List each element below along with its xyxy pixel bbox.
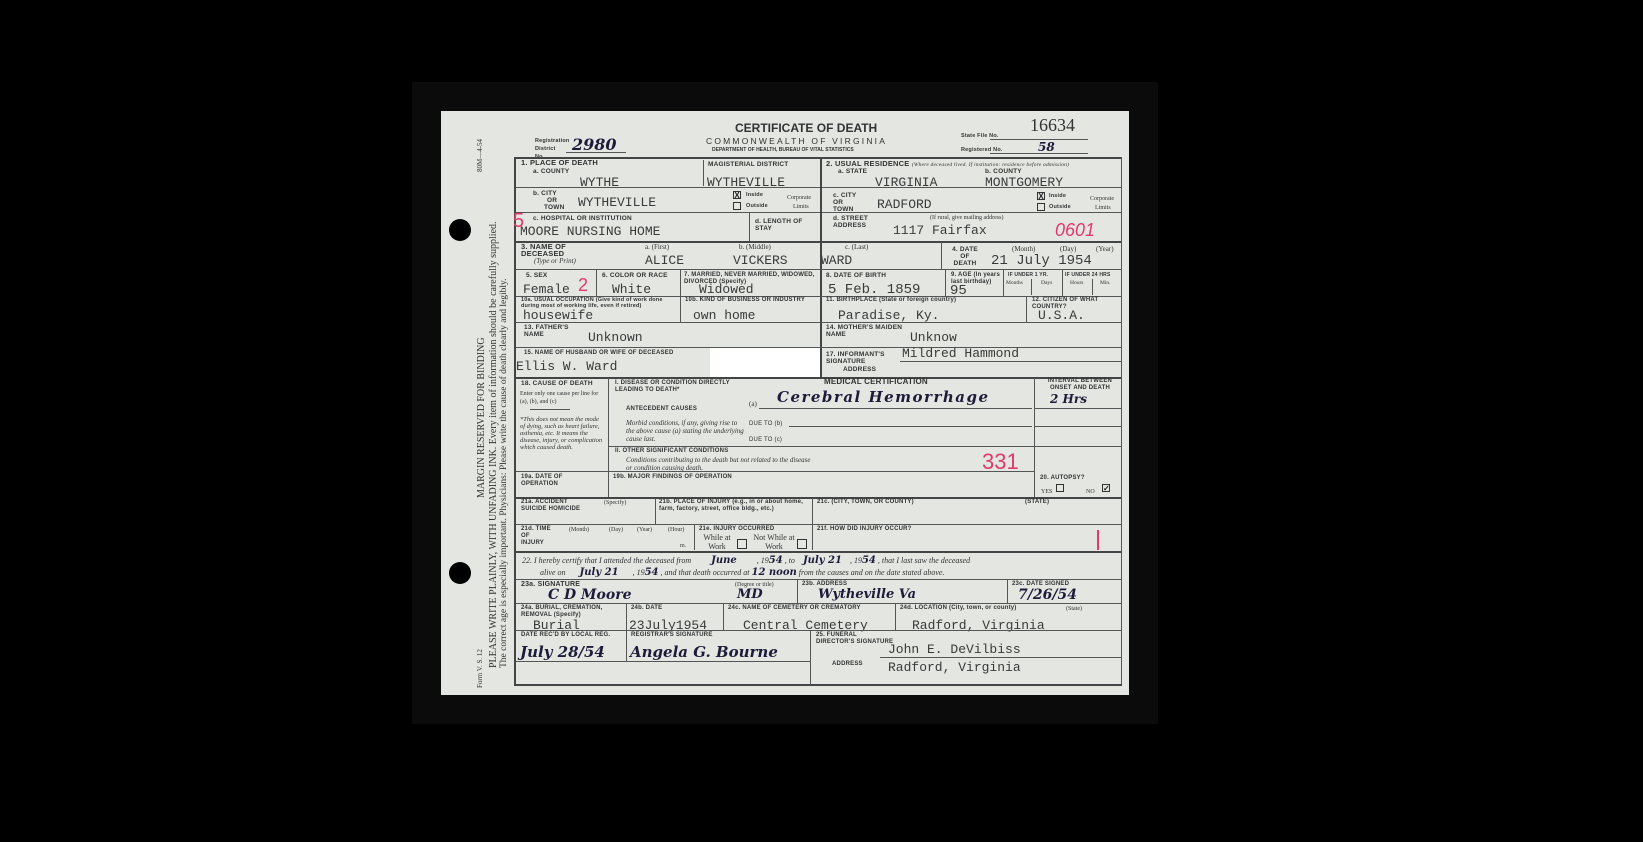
res-outside-label: Outside: [1049, 204, 1071, 211]
street-label: d. STREET ADDRESS: [833, 215, 871, 229]
autopsy-label: 20. AUTOPSY?: [1040, 475, 1085, 482]
divider: [626, 604, 627, 630]
autopsy-yes-label: YES: [1041, 488, 1052, 496]
rule: [530, 409, 570, 410]
middle-label: b. (Middle): [739, 243, 771, 251]
divider: [1034, 378, 1035, 498]
part1-label: I. DISEASE OR CONDITION DIRECTLY LEADING…: [615, 380, 755, 394]
father-label: 13. FATHER'S NAME: [524, 324, 574, 338]
mother-label: 14. MOTHER'S MAIDEN NAME: [826, 324, 906, 338]
cause-footnote: *This does not mean the mode of dying, s…: [520, 416, 604, 451]
divider: [596, 270, 597, 296]
sex: Female: [523, 283, 570, 297]
divider: [945, 270, 946, 296]
rule: [516, 471, 1034, 472]
cause-a: Cerebral Hemorrhage: [777, 388, 990, 406]
cert-line-1: 22. I hereby certify that I attended the…: [522, 557, 970, 565]
res-county-label: b. COUNTY: [985, 168, 1022, 175]
form-left-rule: [514, 157, 516, 685]
cert-time: 12 noon: [752, 567, 797, 578]
spouse-label: 15. NAME OF HUSBAND OR WIFE OF DECEASED: [524, 350, 673, 357]
divider: [1003, 270, 1004, 296]
divider: [1031, 279, 1032, 295]
usual-residence-title: 2. USUAL RESIDENCE: [826, 159, 909, 168]
rule: [516, 603, 1121, 604]
cert-text-2: , that I last saw the deceased: [878, 556, 970, 565]
race-label: 6. COLOR OR RACE: [602, 272, 668, 279]
cert-to-label: , to: [785, 556, 795, 565]
marital-status: Widowed: [699, 283, 754, 297]
op-findings-label: 19b. MAJOR FINDINGS OF OPERATION: [613, 474, 732, 481]
accident-label: 21a. ACCIDENT SUICIDE HOMICIDE: [521, 499, 581, 513]
rule: [1034, 446, 1121, 447]
injury-hour-label: (Hour): [668, 526, 684, 534]
hours-label: Hours: [1070, 279, 1083, 287]
rule: [1034, 426, 1121, 427]
cert-text-3: , and that death occurred at: [660, 568, 749, 577]
race: White: [612, 283, 651, 297]
city-label-or: OR: [547, 197, 557, 204]
death-city: WYTHEVILLE: [578, 196, 656, 210]
red-mark-2: 2: [578, 275, 588, 296]
rule: [516, 212, 820, 213]
first-label: a. (First): [645, 243, 669, 251]
injury-occurred-label: 21e. INJURY OCCURRED: [699, 526, 774, 533]
form-right-rule: [1121, 157, 1122, 685]
divider: [723, 604, 724, 630]
rule: [566, 152, 626, 153]
divider: [895, 604, 896, 630]
divider: [1062, 270, 1063, 296]
injury-year-label: (Year): [637, 526, 652, 534]
due-to-c-label: DUE TO (c): [749, 437, 782, 444]
street-note: (If rural, give mailing address): [930, 214, 1003, 222]
date-signed: 7/26/54: [1018, 587, 1077, 603]
min-label: Min.: [1100, 279, 1111, 287]
red-mark-line: [1097, 530, 1099, 550]
divider: [797, 580, 798, 603]
months-label: Months: [1006, 279, 1023, 287]
cert-text-1: 22. I hereby certify that I attended the…: [522, 556, 691, 565]
interval-value: 2 Hrs: [1050, 392, 1087, 406]
injury-city-label: 21c. (CITY, TOWN, OR COUNTY): [817, 499, 914, 506]
injury-place-label: 21b. PLACE OF INJURY (e.g., in or about …: [659, 499, 809, 513]
injury-day-label: (Day): [609, 526, 623, 534]
registrar-label: REGISTRAR'S SIGNATURE: [631, 632, 713, 639]
burial-method-label: 24a. BURIAL, CREMATION, REMOVAL (Specify…: [521, 605, 621, 619]
rule: [900, 361, 1121, 362]
divider: [626, 631, 627, 661]
cert-from-year-prefix: , 19: [757, 556, 769, 565]
res-state-label: a. STATE: [838, 168, 867, 175]
cert-to: July 21: [803, 555, 842, 566]
days-label: Days: [1041, 279, 1052, 287]
burial-date-label: 24b. DATE: [631, 605, 662, 612]
rule: [516, 630, 1121, 631]
informant-label: 17. INFORMANT'S SIGNATURE: [826, 351, 896, 365]
funeral-address: Radford, Virginia: [888, 661, 1021, 675]
corporate-label: Corporate: [787, 194, 811, 202]
autopsy-no-checkbox[interactable]: ✓: [1102, 484, 1110, 492]
rule: [516, 322, 1121, 323]
divider: [749, 213, 750, 241]
under-1yr-label: IF UNDER 1 YR.: [1008, 272, 1048, 279]
date-of-death: 21 July 1954: [991, 254, 1092, 268]
middle-name: VICKERS: [733, 254, 788, 268]
binding-hole-bottom: [449, 562, 471, 584]
binding-hole-top: [449, 219, 471, 241]
rule: [516, 661, 810, 662]
street-address: 1117 Fairfax: [893, 224, 987, 238]
injury-m-label: m.: [680, 542, 686, 550]
magisterial-district-label: MAGISTERIAL DISTRICT: [708, 161, 788, 168]
informant-address-label: ADDRESS: [843, 366, 876, 373]
divider: [608, 378, 609, 498]
father-name: Unknown: [588, 331, 643, 345]
rule: [516, 524, 1121, 525]
cert-alive-on: July 21: [580, 567, 619, 578]
divider: [680, 297, 681, 322]
location-state-label: (State): [1066, 605, 1082, 613]
margin-binding-note: MARGIN RESERVED FOR BINDING: [476, 337, 487, 498]
cert-to-year: 54: [862, 555, 876, 566]
length-of-stay-label: d. LENGTH OF STAY: [755, 218, 815, 232]
outside-label: Outside: [746, 203, 768, 210]
cert-from: June: [711, 555, 737, 566]
injury-state-label: (STATE): [1025, 499, 1049, 506]
margin-instruction-2: The correct age is especially important.…: [499, 278, 509, 668]
date-received-label: DATE REC'D BY LOCAL REG.: [521, 632, 625, 639]
form-top-rule: [514, 157, 1122, 159]
rule: [516, 579, 1121, 580]
not-while-work-label: Not While at Work: [752, 533, 796, 551]
city-label-town: TOWN: [544, 204, 565, 211]
cert-alive-year: 54: [645, 567, 659, 578]
part2-note: Conditions contributing to the death but…: [626, 456, 811, 472]
medical-cert-title: MEDICAL CERTIFICATION: [824, 378, 928, 385]
physician-signature: C D Moore: [548, 587, 632, 603]
interval-label: INTERVAL BETWEEN ONSET AND DEATH: [1040, 378, 1120, 392]
cert-from-year: 54: [769, 555, 783, 566]
dod-month-label: (Month): [1012, 245, 1035, 253]
last-label: c. (Last): [845, 243, 868, 251]
divider: [810, 631, 811, 685]
limits-label: Limits: [793, 203, 809, 211]
under-24hr-label: IF UNDER 24 HRS: [1065, 272, 1111, 279]
res-inside-checkbox[interactable]: X: [1037, 192, 1045, 200]
how-injury-label: 21f. HOW DID INJURY OCCUR?: [817, 526, 912, 533]
spouse-name: Ellis W. Ward: [516, 360, 617, 374]
divider: [694, 525, 695, 550]
line-a-label: (a): [749, 400, 757, 408]
inside-label: Inside: [746, 192, 763, 199]
location-label: 24d. LOCATION (City, town, or county): [900, 605, 1017, 612]
name-label: 3. NAME OF DECEASED: [521, 243, 571, 257]
funeral-director: John E. DeVilbiss: [888, 643, 1021, 657]
cause-note: Enter only one cause per line for (a), (…: [520, 390, 604, 406]
certificate-title: CERTIFICATE OF DEATH: [735, 121, 877, 135]
dod-year-label: (Year): [1096, 245, 1114, 253]
hospital-label: c. HOSPITAL OR INSTITUTION: [533, 215, 632, 222]
date-of-birth: 5 Feb. 1859: [828, 283, 920, 297]
degree: MD: [737, 587, 763, 602]
birthplace-label: 11. BIRTHPLACE (State or foreign country…: [826, 297, 956, 304]
birthplace: Paradise, Ky.: [838, 309, 939, 323]
rule: [880, 657, 1121, 658]
form-code: 80M—4-54: [476, 139, 484, 172]
rule: [1034, 408, 1121, 409]
rule: [516, 377, 1121, 379]
rule: [789, 426, 1032, 427]
redacted-area: [710, 348, 820, 378]
cert-to-year-prefix: , 19: [850, 556, 862, 565]
not-while-work-checkbox[interactable]: [797, 539, 807, 549]
autopsy-no-label: NO: [1086, 488, 1095, 496]
divider: [820, 157, 822, 379]
last-name: WARD: [821, 254, 852, 268]
injury-time-label: 21d. TIME OF INJURY: [521, 526, 551, 547]
funeral-address-label: ADDRESS: [832, 661, 863, 668]
accident-specify: (Specify): [604, 499, 626, 507]
while-at-work-checkbox[interactable]: [737, 539, 747, 549]
divider: [703, 160, 704, 186]
citizenship: U.S.A.: [1038, 309, 1085, 323]
rule: [822, 212, 1121, 213]
cause-of-death-label: 18. CAUSE OF DEATH: [521, 380, 593, 387]
inside-limits-checkbox[interactable]: X: [733, 191, 741, 199]
cert-text-4: from the causes and on the date stated a…: [799, 568, 945, 577]
divider: [1026, 297, 1027, 322]
funeral-director-label: 25. FUNERAL DIRECTOR'S SIGNATURE: [816, 632, 896, 646]
cert-alive-year-prefix: , 19: [633, 568, 645, 577]
cert-line-2: alive on July 21 , 1954 , and that death…: [540, 569, 944, 577]
autopsy-yes-checkbox[interactable]: [1056, 484, 1064, 492]
first-name: ALICE: [645, 254, 684, 268]
divider: [941, 242, 942, 269]
morbid-note: Morbid conditions, if any, giving rise t…: [626, 419, 746, 443]
part2-label: II. OTHER SIGNIFICANT CONDITIONS: [615, 448, 728, 455]
occupation: housewife: [523, 309, 593, 323]
res-inside-label: Inside: [1049, 193, 1066, 200]
outside-limits-checkbox[interactable]: [733, 202, 741, 210]
cemetery-label: 24c. NAME OF CEMETERY OR CREMATORY: [728, 605, 861, 612]
form-bottom-rule: [514, 684, 1122, 686]
divider: [655, 498, 656, 524]
mother-maiden-name: Unknow: [910, 331, 957, 345]
injury-month-label: (Month): [569, 526, 589, 534]
place-of-death-label: 1. PLACE OF DEATH: [521, 159, 598, 166]
res-city: RADFORD: [877, 198, 932, 212]
dob-label: 8. DATE OF BIRTH: [826, 272, 886, 279]
form-name: Form V. S. 12: [476, 649, 484, 688]
margin-instruction-1: PLEASE WRITE PLAINLY, WITH UNFADING INK.…: [488, 221, 499, 668]
due-to-b-label: DUE TO (b): [749, 421, 782, 428]
certificate-subtitle: COMMONWEALTH OF VIRGINIA: [706, 136, 887, 146]
rule: [516, 269, 1121, 270]
cert-alive-label: alive on: [540, 568, 566, 577]
op-date-label: 19a. DATE OF OPERATION: [521, 474, 601, 488]
industry-label: 10b. KIND OF BUSINESS OR INDUSTRY: [685, 297, 818, 304]
while-at-work-label: While at Work: [700, 533, 734, 551]
name-note: (Type or Print): [534, 257, 576, 265]
date-received: July 28/54: [520, 643, 605, 661]
industry: own home: [693, 309, 755, 323]
informant: Mildred Hammond: [902, 347, 1019, 361]
res-limits-label: Limits: [1095, 204, 1111, 212]
rule: [516, 187, 820, 188]
sex-label: 5. SEX: [526, 272, 547, 279]
rule: [759, 408, 1032, 409]
rule: [516, 551, 1121, 553]
divider: [1007, 580, 1008, 603]
dod-label: 4. DATE OF DEATH: [950, 246, 980, 267]
dod-day-label: (Day): [1060, 245, 1076, 253]
county-label: a. COUNTY: [533, 168, 569, 175]
registrar-signature: Angela G. Bourne: [630, 643, 778, 661]
rule: [516, 241, 1121, 243]
registered-no-value: 58: [1038, 140, 1055, 154]
antecedent-label: ANTECEDENT CAUSES: [626, 406, 697, 413]
res-corporate-label: Corporate: [1090, 195, 1114, 203]
res-city-label: c. CITY OR TOWN: [833, 192, 863, 213]
divider: [1092, 279, 1093, 295]
red-code-0601: 0601: [1055, 220, 1095, 241]
rule: [822, 187, 1121, 188]
hospital: MOORE NURSING HOME: [520, 225, 660, 239]
certificate-number: 16634: [1030, 115, 1075, 136]
cert-address: Wytheville Va: [818, 587, 916, 602]
city-label-b: b. CITY: [533, 190, 557, 197]
divider: [680, 270, 681, 296]
res-outside-checkbox[interactable]: [1037, 203, 1045, 211]
certificate-department: DEPARTMENT OF HEALTH, BUREAU OF VITAL ST…: [712, 147, 854, 153]
rule: [608, 446, 1034, 447]
